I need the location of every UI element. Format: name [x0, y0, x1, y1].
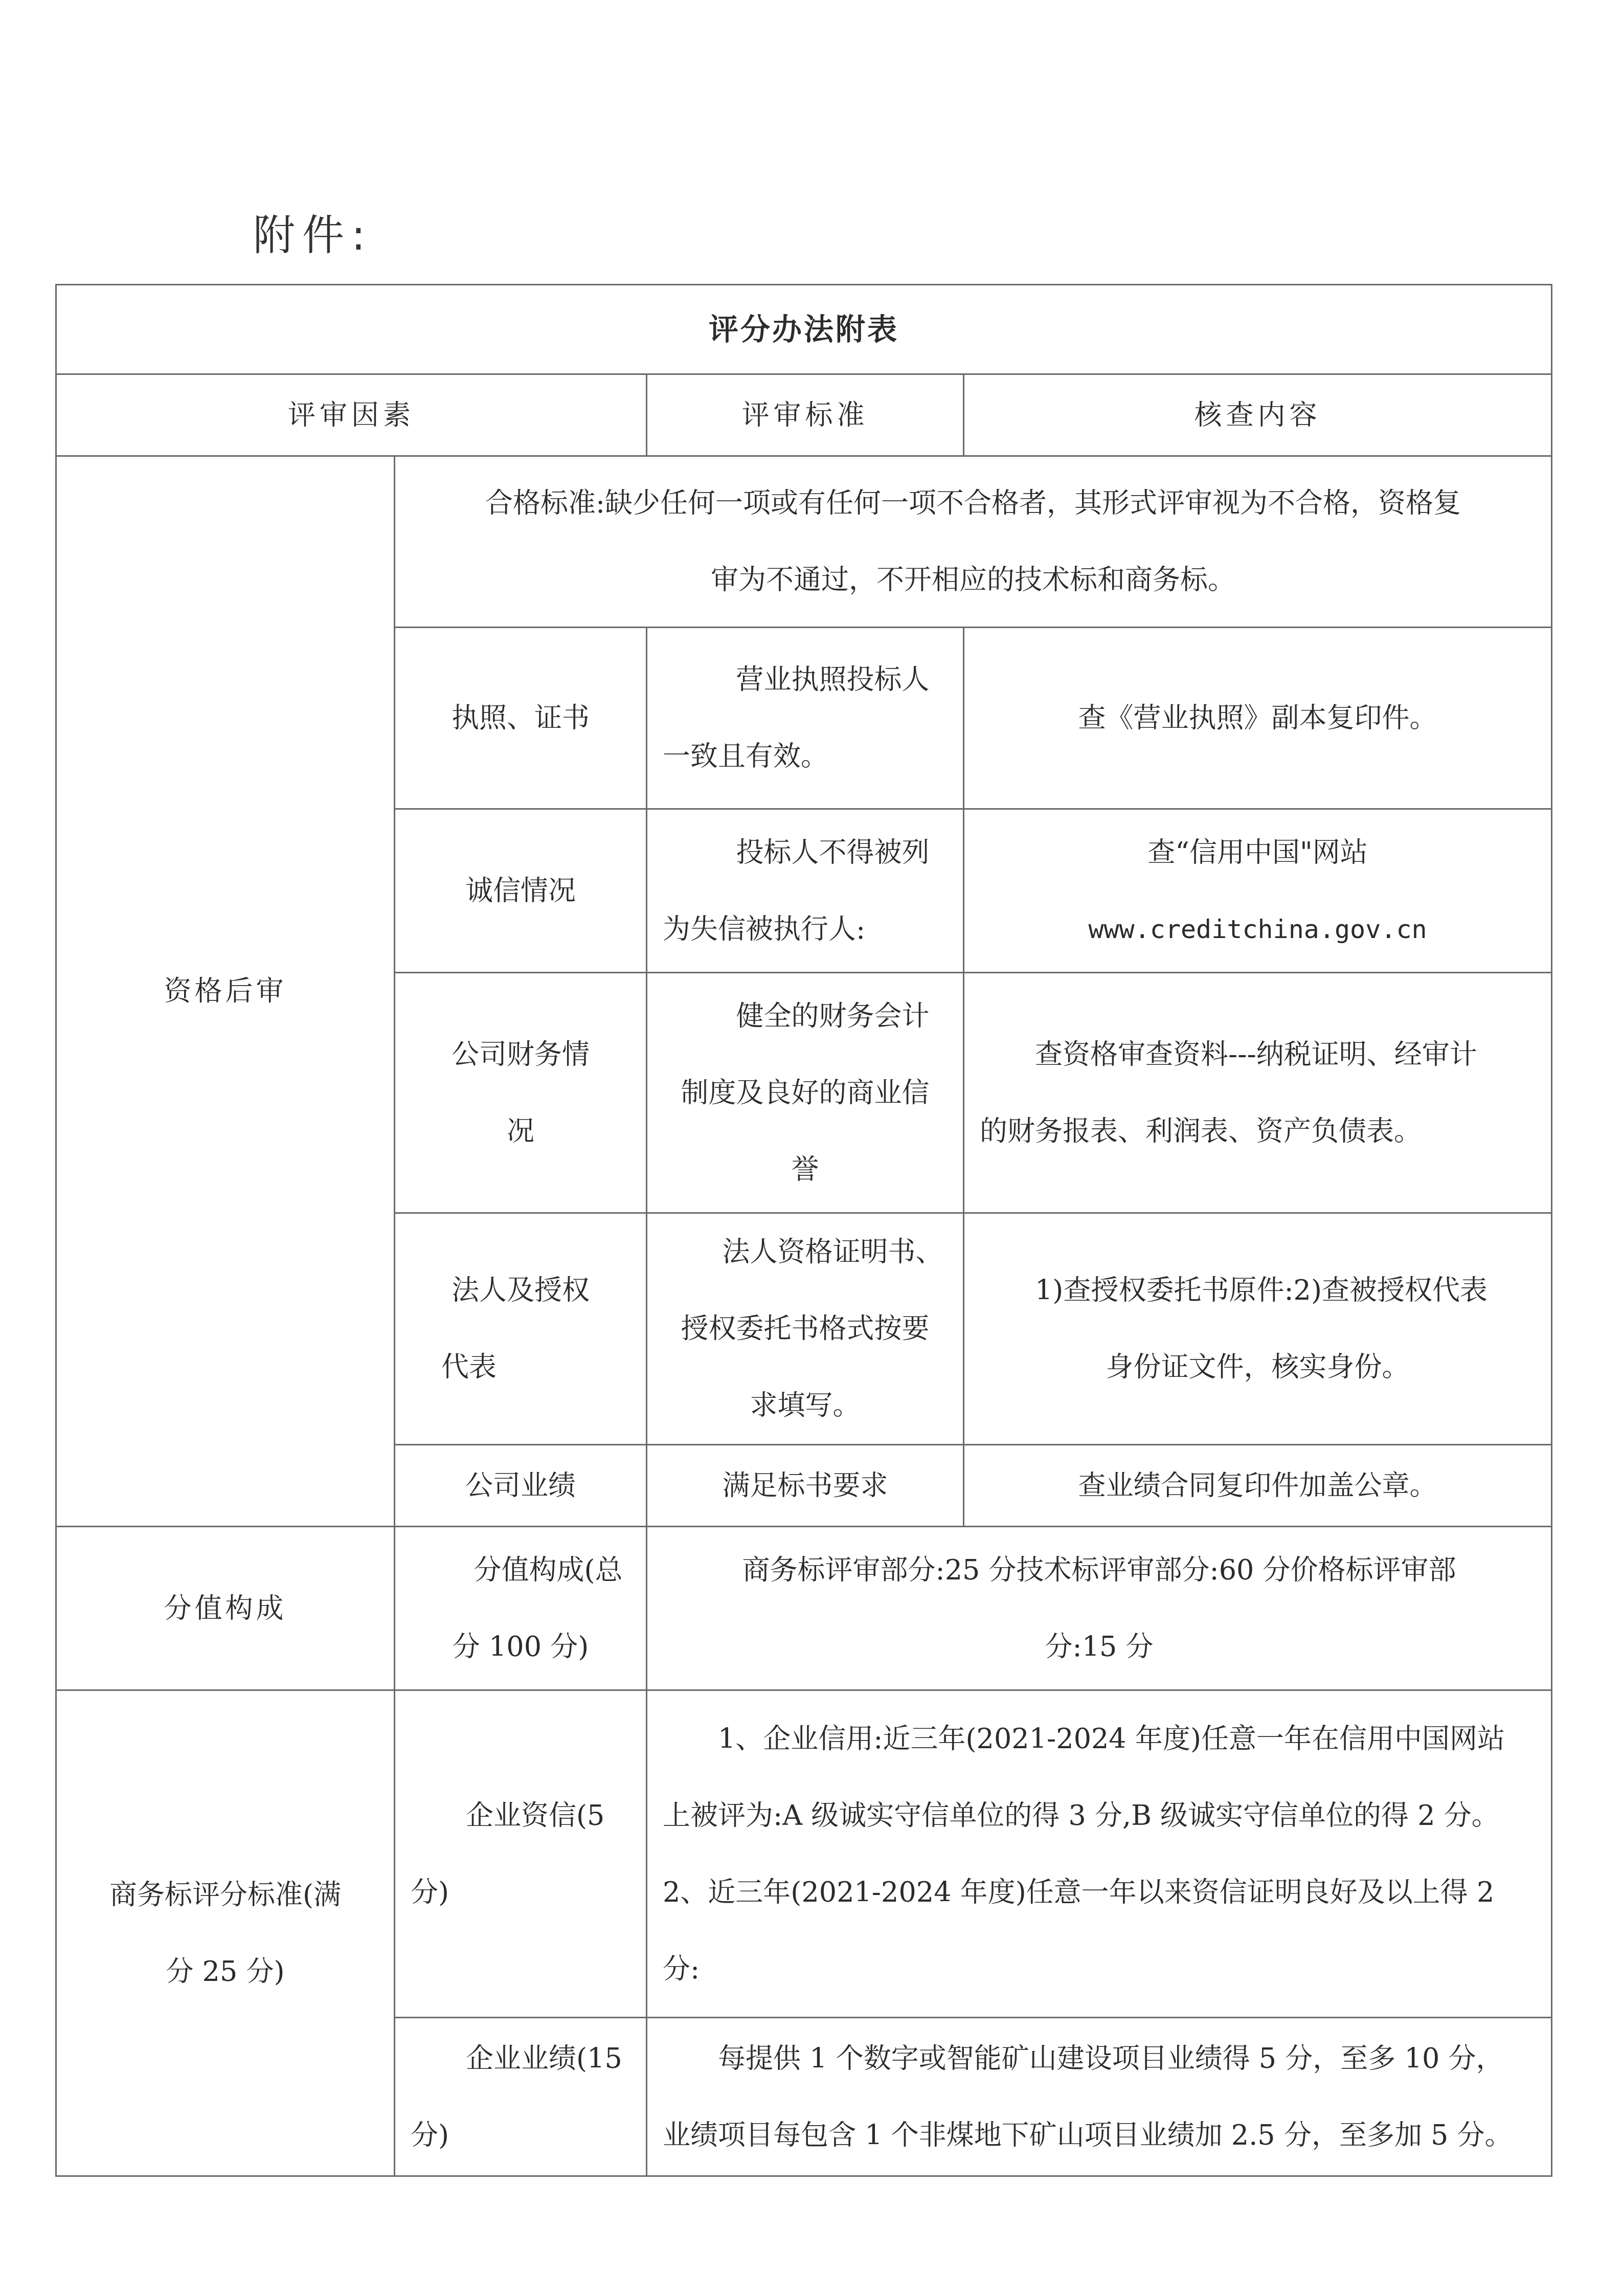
standard-cell: 营业执照投标人 一致且有效。 [647, 628, 964, 809]
factor-line: 企业资信(5 [411, 1777, 630, 1854]
scoring-method-table: 评分办法附表 评审因素 评审标准 核查内容 资格后审 合格标准:缺少任何一项或有… [55, 284, 1552, 2177]
content-line: 身份证文件，核实身份。 [980, 1329, 1536, 1406]
factor-line: 分) [411, 1854, 630, 1931]
factor-cell: 法人及授权 代表 [395, 1213, 647, 1445]
standard-line: 投标人不得被列 [663, 814, 948, 891]
content-cell: 查《营业执照》副本复印件。 [964, 628, 1552, 809]
standard-line: 誉 [663, 1131, 948, 1208]
table-row: 商务标评分标准(满 分 25 分) 企业资信(5 分) 1、企业信用:近三年(2… [56, 1690, 1552, 2018]
table-title: 评分办法附表 [56, 285, 1552, 374]
table-row: 分值构成 分值构成(总 分 100 分) 商务标评审部分:25 分技术标评审部分… [56, 1527, 1552, 1690]
factor-cell: 执照、证书 [395, 628, 647, 809]
content-cell: 查“信用中国"网站 www.creditchina.gov.cn [964, 809, 1552, 973]
content-line: 分:15 分 [663, 1609, 1536, 1685]
factor-line: 分 100 分) [411, 1609, 630, 1685]
factor-line: 公司财务情 [411, 1016, 630, 1093]
standard-cell: 投标人不得被列 为失信被执行人: [647, 809, 964, 973]
table-header-row: 评审因素 评审标准 核查内容 [56, 374, 1552, 456]
factor-cell: 企业业绩(15 分) [395, 2018, 647, 2176]
standard-line: 营业执照投标人 [663, 641, 948, 718]
standard-line: 制度及良好的商业信 [663, 1055, 948, 1131]
standard-line: 法人资格证明书、 [663, 1214, 948, 1290]
factor-cell: 公司业绩 [395, 1445, 647, 1527]
content-line: 1)查授权委托书原件:2)查被授权代表 [980, 1252, 1536, 1329]
section-qualification-label: 资格后审 [56, 456, 395, 1527]
standard-line: 一致且有效。 [663, 718, 948, 795]
content-line: 上被评为:A 级诚实守信单位的得 3 分,B 级诚实守信单位的得 2 分。 [663, 1777, 1536, 1854]
table-title-row: 评分办法附表 [56, 285, 1552, 374]
content-cell: 查业绩合同复印件加盖公章。 [964, 1445, 1552, 1527]
section-score-label: 分值构成 [56, 1527, 395, 1690]
standard-line: 授权委托书格式按要 [663, 1290, 948, 1367]
content-line: 查“信用中国"网站 [980, 814, 1536, 891]
factor-line: 企业业绩(15 [411, 2020, 630, 2097]
content-line: 分: [663, 1931, 1536, 2008]
pass-standard-cell: 合格标准:缺少任何一项或有任何一项不合格者，其形式评审视为不合格，资格复 审为不… [395, 456, 1552, 628]
content-line: 商务标评审部分:25 分技术标评审部分:60 分价格标评审部 [663, 1532, 1536, 1609]
content-cell: 每提供 1 个数字或智能矿山建设项目业绩得 5 分，至多 10 分， 业绩项目每… [647, 2018, 1552, 2176]
factor-line: 分) [411, 2097, 630, 2174]
content-line: 查资格审查资料---纳税证明、经审计 [980, 1016, 1536, 1093]
header-standard: 评审标准 [647, 374, 964, 456]
header-factor: 评审因素 [56, 374, 647, 456]
content-line: 业绩项目每包含 1 个非煤地下矿山项目业绩加 2.5 分，至多加 5 分。 [663, 2097, 1536, 2174]
factor-line: 法人及授权 [411, 1252, 630, 1329]
content-line: 2、近三年(2021-2024 年度)任意一年以来资信证明良好及以上得 2 [663, 1854, 1536, 1931]
header-content: 核查内容 [964, 374, 1552, 456]
label-line: 商务标评分标准(满 [72, 1857, 378, 1933]
content-cell: 1、企业信用:近三年(2021-2024 年度)任意一年在信用中国网站 上被评为… [647, 1690, 1552, 2018]
content-cell: 查资格审查资料---纳税证明、经审计 的财务报表、利润表、资产负债表。 [964, 973, 1552, 1213]
table-row: 资格后审 合格标准:缺少任何一项或有任何一项不合格者，其形式评审视为不合格，资格… [56, 456, 1552, 628]
standard-line: 求填写。 [663, 1367, 948, 1444]
content-cell: 1)查授权委托书原件:2)查被授权代表 身份证文件，核实身份。 [964, 1213, 1552, 1445]
standard-cell: 健全的财务会计 制度及良好的商业信 誉 [647, 973, 964, 1213]
pass-standard-line: 合格标准:缺少任何一项或有任何一项不合格者，其形式评审视为不合格，资格复 [411, 465, 1536, 542]
content-line: 的财务报表、利润表、资产负债表。 [980, 1093, 1536, 1170]
content-line: 1、企业信用:近三年(2021-2024 年度)任意一年在信用中国网站 [663, 1701, 1536, 1777]
standard-cell: 法人资格证明书、 授权委托书格式按要 求填写。 [647, 1213, 964, 1445]
attachment-label: 附件: [253, 202, 373, 262]
standard-line: 为失信被执行人: [663, 891, 948, 968]
factor-cell: 诚信情况 [395, 809, 647, 973]
content-line: 每提供 1 个数字或智能矿山建设项目业绩得 5 分，至多 10 分， [663, 2020, 1536, 2097]
factor-cell: 分值构成(总 分 100 分) [395, 1527, 647, 1690]
factor-cell: 公司财务情 况 [395, 973, 647, 1213]
pass-standard-line: 审为不通过，不开相应的技术标和商务标。 [411, 542, 1536, 618]
label-line: 分 25 分) [72, 1933, 378, 2010]
factor-cell: 企业资信(5 分) [395, 1690, 647, 2018]
factor-line: 分值构成(总 [411, 1532, 630, 1609]
factor-line: 代表 [411, 1329, 630, 1406]
section-business-label: 商务标评分标准(满 分 25 分) [56, 1690, 395, 2176]
factor-line: 况 [411, 1093, 630, 1170]
standard-line: 健全的财务会计 [663, 978, 948, 1055]
content-cell: 商务标评审部分:25 分技术标评审部分:60 分价格标评审部 分:15 分 [647, 1527, 1552, 1690]
credit-china-url: www.creditchina.gov.cn [980, 891, 1536, 968]
standard-cell: 满足标书要求 [647, 1445, 964, 1527]
